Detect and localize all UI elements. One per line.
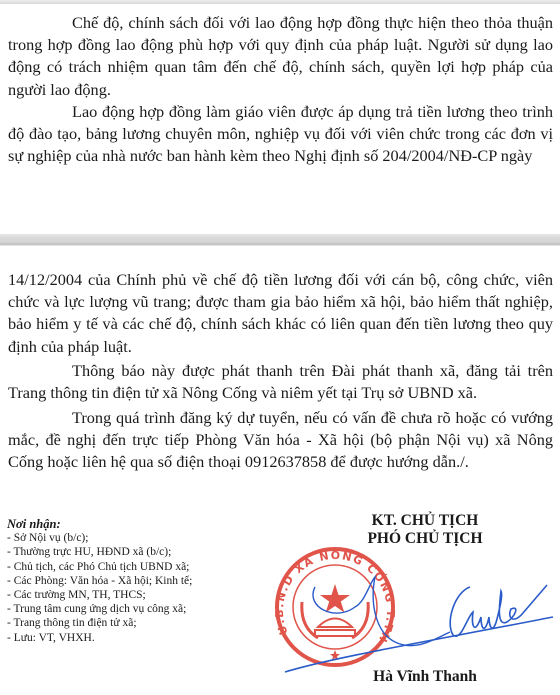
paragraph-text: Thông báo này được phát thanh trên Đài p… xyxy=(8,361,553,402)
recipients-title: Nơi nhận: xyxy=(7,517,192,531)
handwritten-signature-icon xyxy=(275,547,555,677)
document-page-2: 14/12/2004 của Chính phủ về chế độ tiền … xyxy=(0,247,560,695)
paragraph-text: Lao động hợp đồng làm giáo viên được áp … xyxy=(8,102,553,165)
recipient-item: - Trung tâm cung ứng dịch vụ công xã; xyxy=(7,602,192,616)
recipient-item: - Lưu: VT, VHXH. xyxy=(7,631,192,645)
recipient-item: - Chủ tịch, các Phó Chủ tịch UBND xã; xyxy=(7,560,192,574)
signature-title-1: KT. CHỦ TỊCH xyxy=(300,512,550,530)
recipient-item: - Trang thông tin điện tử xã; xyxy=(7,616,192,630)
recipient-item: - Thường trực HU, HĐND xã (b/c); xyxy=(7,545,192,559)
recipient-item: - Các Phòng: Văn hóa - Xã hội; Kinh tế; xyxy=(7,574,192,588)
recipients-list: Nơi nhận: - Sở Nội vụ (b/c); - Thường tr… xyxy=(7,517,192,645)
paragraph-text: Trong quá trình đăng ký dự tuyển, nếu có… xyxy=(8,408,553,471)
paragraph-announcement: Thông báo này được phát thanh trên Đài p… xyxy=(8,360,553,404)
paragraph-teacher-salary: Lao động hợp đồng làm giáo viên được áp … xyxy=(8,101,553,168)
paragraph-text: Chế độ, chính sách đối với lao động hợp … xyxy=(8,13,553,99)
recipient-item: - Các trường MN, TH, THCS; xyxy=(7,588,192,602)
recipient-item: - Sở Nội vụ (b/c); xyxy=(7,531,192,545)
paragraph-text: 14/12/2004 của Chính phủ về chế độ tiền … xyxy=(8,270,553,356)
document-page-1: Chế độ, chính sách đối với lao động hợp … xyxy=(0,6,560,234)
paragraph-labor-policy: Chế độ, chính sách đối với lao động hợp … xyxy=(8,12,553,101)
paragraph-salary-continued: 14/12/2004 của Chính phủ về chế độ tiền … xyxy=(8,269,553,358)
page-top-edge xyxy=(0,0,560,4)
paragraph-contact: Trong quá trình đăng ký dự tuyển, nếu có… xyxy=(8,407,553,474)
signature-block: KT. CHỦ TỊCH PHÓ CHỦ TỊCH U.B.N.D XÃ NÔN… xyxy=(300,512,550,548)
signer-name: Hà Vĩnh Thanh xyxy=(300,668,550,686)
page-separator xyxy=(0,234,560,246)
